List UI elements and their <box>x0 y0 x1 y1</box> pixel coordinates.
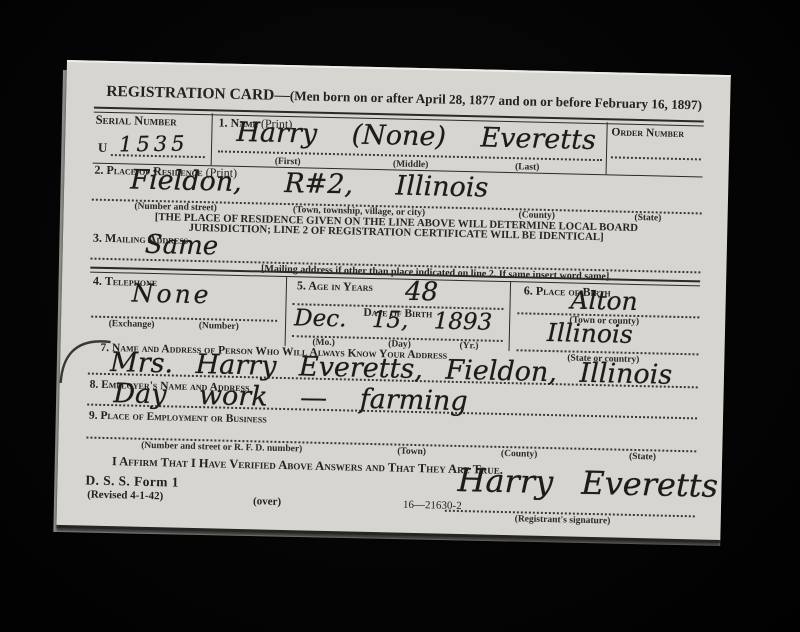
age-box: 5. Age in Years 48 Date of Birth Dec. 15… <box>285 276 512 351</box>
name-box: 1. Name (Print) Harry (None) Everetts (F… <box>212 113 608 174</box>
name-sublabel-first: (First) <box>275 157 301 168</box>
age-value: 48 <box>405 279 439 306</box>
telephone-value: None <box>131 281 211 308</box>
name-sublabel-last: (Last) <box>515 162 540 173</box>
employment-sublabel-county: (County) <box>501 449 538 460</box>
birthplace-town-value: Alton <box>570 287 638 314</box>
card-footer: D. S. S. Form 1 (Revised 4-1-42) (over) … <box>85 468 696 532</box>
order-number-line <box>611 156 701 160</box>
mailing-value: Same <box>145 232 219 260</box>
residence-value: Fieldon, R#2, Illinois <box>130 166 489 201</box>
birthplace-box: 6. Place of Birth Alton (Town or county)… <box>509 281 701 355</box>
employment-sublabel-town: (Town) <box>397 447 426 458</box>
name-value: Harry (None) Everetts <box>236 119 596 154</box>
over-note: (over) <box>253 495 281 508</box>
dob-value: Dec. 15, 1893 <box>294 307 492 334</box>
order-number-box: Order Number <box>608 122 704 176</box>
serial-number-value: 1535 <box>119 134 189 156</box>
serial-number-box: Serial Number U 1535 <box>93 111 213 166</box>
form-revision: (Revised 4-1-42) <box>87 489 163 503</box>
card-content: REGISTRATION CARD—(Men born on or after … <box>85 77 705 534</box>
employer-value: Day work — farming <box>113 380 468 415</box>
registration-card: REGISTRATION CARD—(Men born on or after … <box>56 60 730 540</box>
scan-background: REGISTRATION CARD—(Men born on or after … <box>0 0 800 632</box>
birthplace-state-value: Illinois <box>547 320 633 347</box>
serial-number-label: Serial Number <box>95 113 176 130</box>
telephone-sublabel-number: (Number) <box>199 321 239 332</box>
signature-sublabel: (Registrant's signature) <box>515 514 611 526</box>
age-label: 5. Age in Years <box>297 278 373 295</box>
employment-sublabel-state: (State) <box>629 452 656 463</box>
serial-prefix: U <box>98 140 108 156</box>
card-subtitle: (Men born on or after April 28, 1877 and… <box>290 88 702 112</box>
registrant-signature: Harry Everetts <box>457 464 718 502</box>
order-number-label: Order Number <box>611 126 684 140</box>
card-title: REGISTRATION CARD— <box>106 83 290 104</box>
